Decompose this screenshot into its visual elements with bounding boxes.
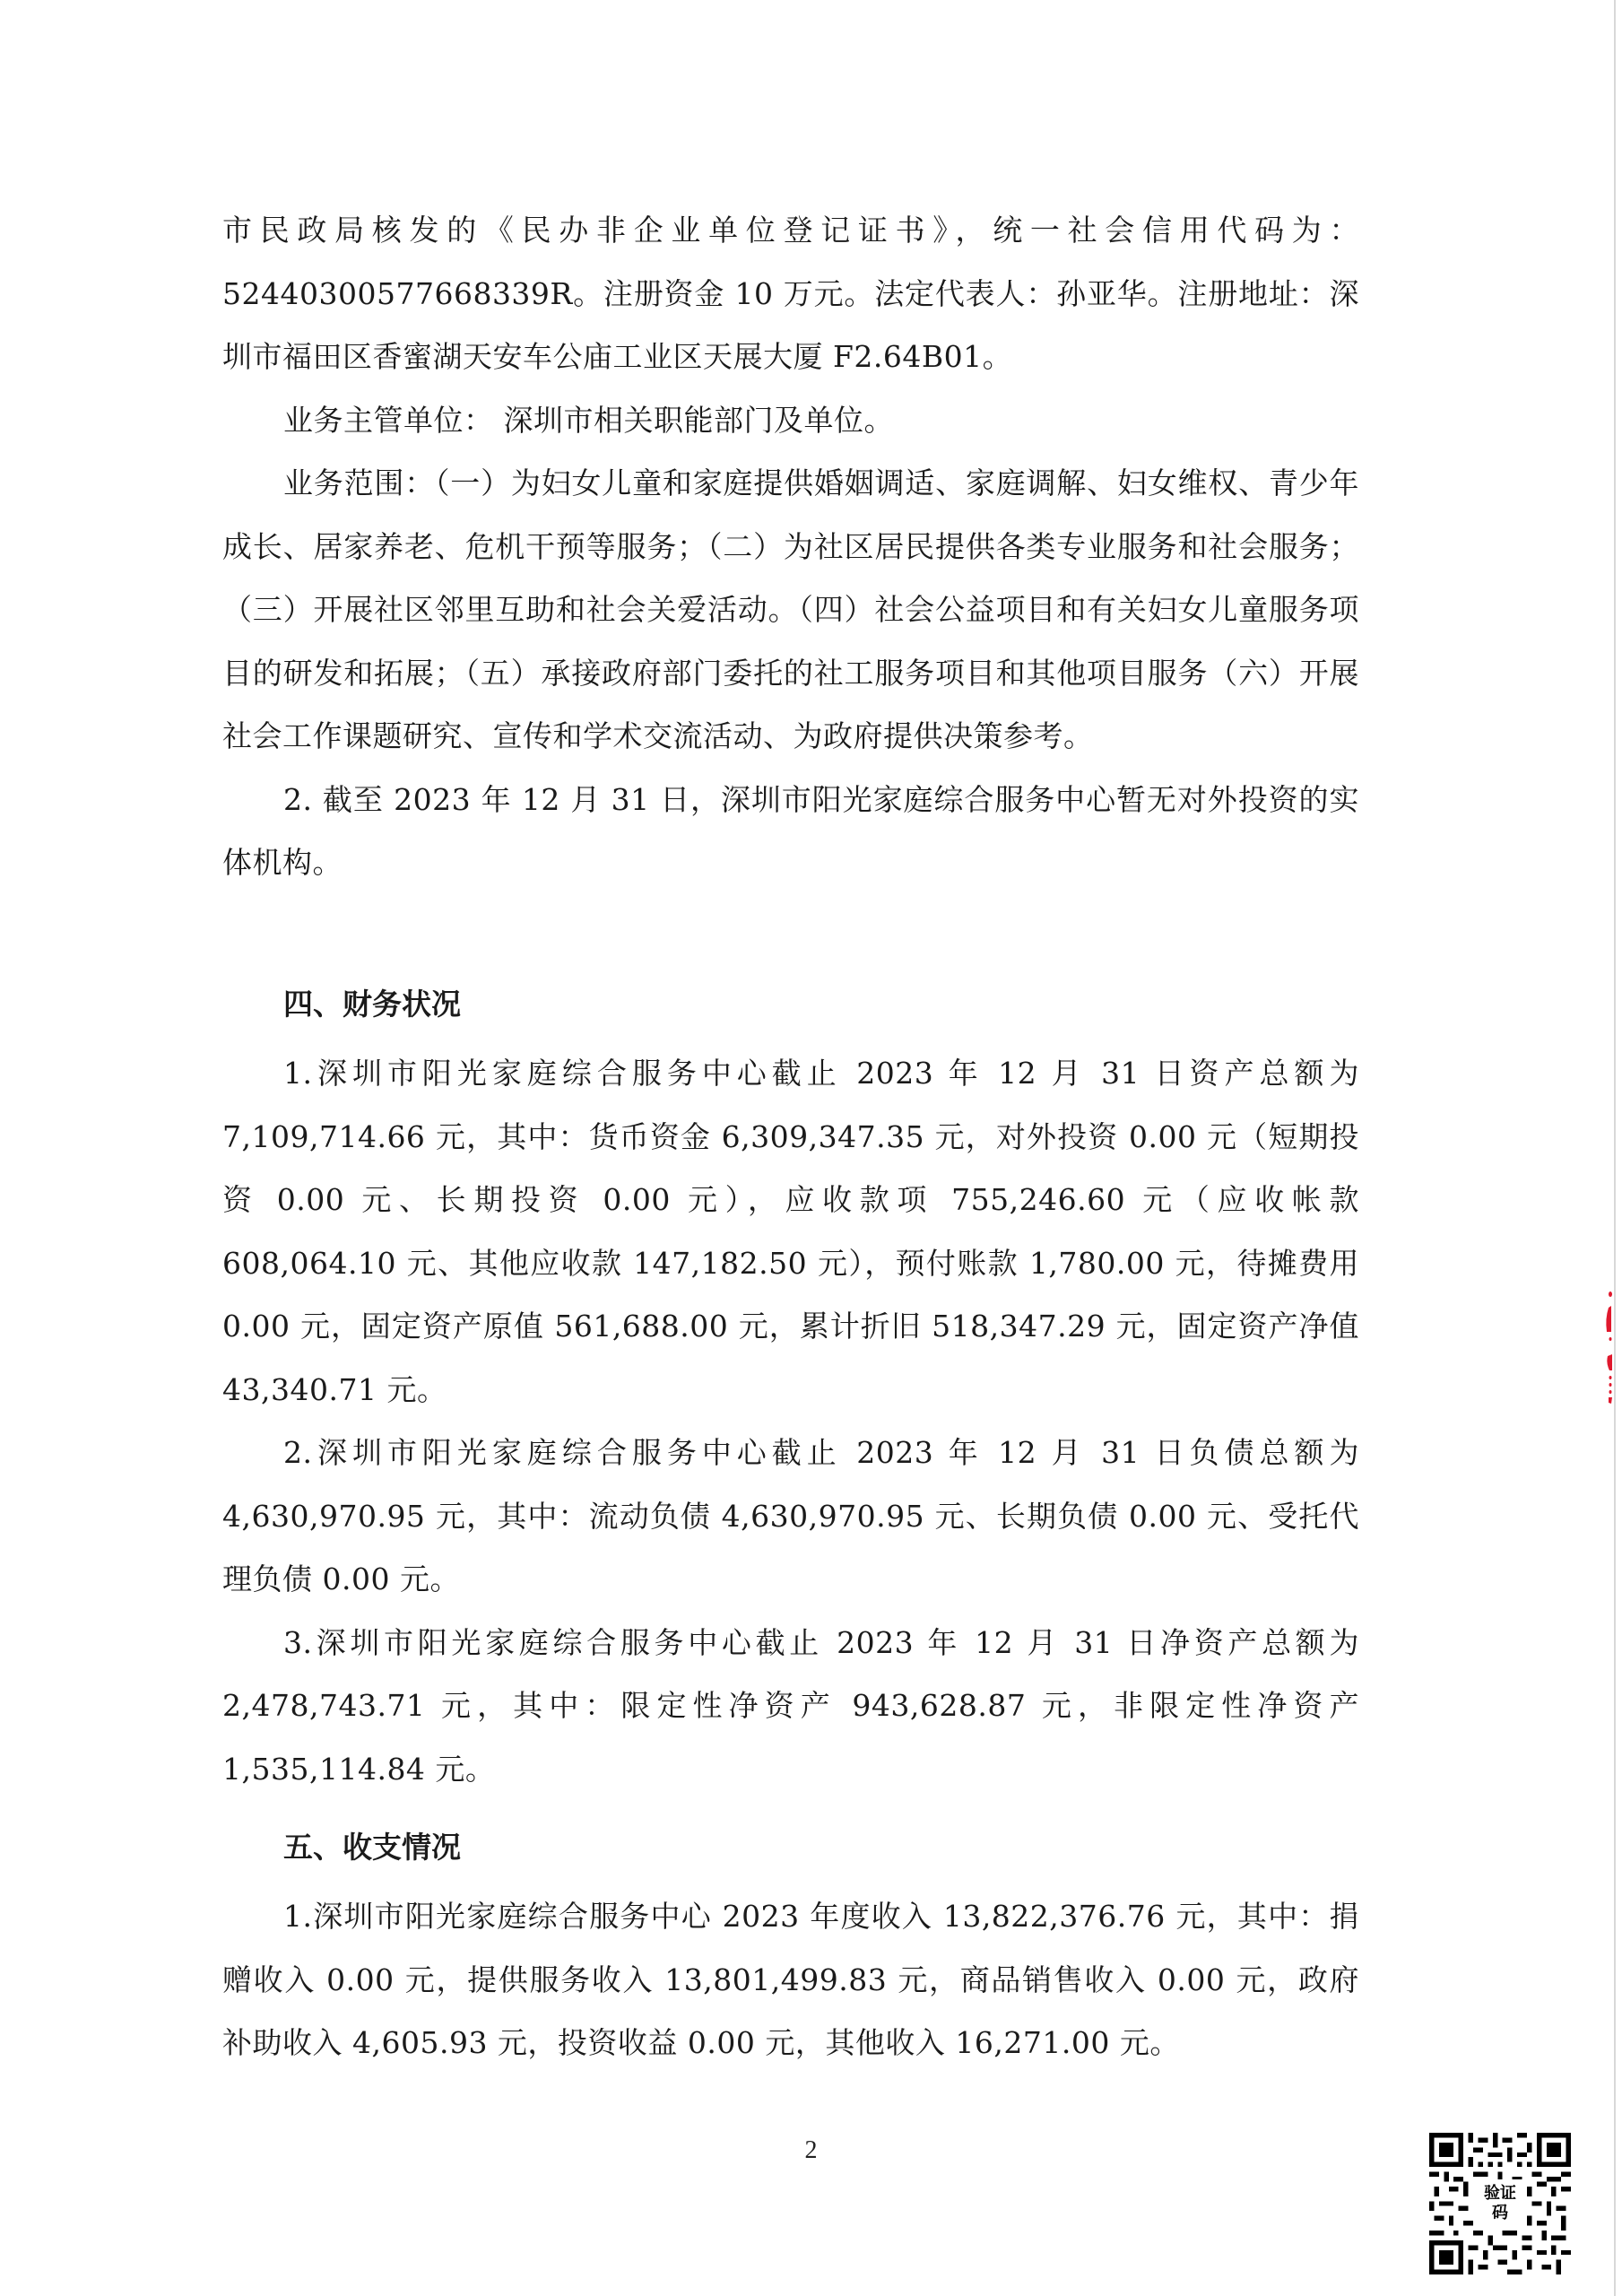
financial-status-section: 四、财务状况 1.深圳市阳光家庭综合服务中心截止 2023 年 12 月 31 … — [222, 967, 1359, 1801]
net-assets-paragraph: 3.深圳市阳光家庭综合服务中心截止 2023 年 12 月 31 日净资产总额为… — [222, 1612, 1359, 1802]
liabilities-paragraph: 2.深圳市阳光家庭综合服务中心截止 2023 年 12 月 31 日负债总额为 … — [222, 1422, 1359, 1612]
verification-qr-code[interactable]: 验证码 — [1429, 2133, 1571, 2274]
assets-paragraph: 1.深圳市阳光家庭综合服务中心截止 2023 年 12 月 31 日资产总额为 … — [222, 1042, 1359, 1422]
section-heading-income-expense: 五、收支情况 — [222, 1810, 1359, 1885]
intro-block: 市民政局核发的《民办非企业单位登记证书》，统一社会信用代码为：524403005… — [222, 199, 1359, 895]
income-paragraph: 1.深圳市阳光家庭综合服务中心 2023 年度收入 13,822,376.76 … — [222, 1885, 1359, 2075]
document-page: 市民政局核发的《民办非企业单位登记证书》，统一社会信用代码为：524403005… — [0, 0, 1622, 2296]
page-edge-divider — [1614, 0, 1616, 2296]
registration-paragraph: 市民政局核发的《民办非企业单位登记证书》，统一社会信用代码为：524403005… — [222, 199, 1359, 389]
seal-fragment-icon — [1601, 1291, 1614, 1404]
qr-center-label: 验证码 — [1476, 2179, 1524, 2228]
section-heading-financial-status: 四、财务状况 — [222, 967, 1359, 1042]
business-scope-paragraph: 业务范围：（一）为妇女儿童和家庭提供婚姻调适、家庭调解、妇女维权、青少年成长、居… — [222, 452, 1359, 769]
page-number: 2 — [0, 2136, 1622, 2165]
income-expense-section: 五、收支情况 1.深圳市阳光家庭综合服务中心 2023 年度收入 13,822,… — [222, 1810, 1359, 2075]
investment-paragraph: 2. 截至 2023 年 12 月 31 日，深圳市阳光家庭综合服务中心暂无对外… — [222, 769, 1359, 895]
supervisor-paragraph: 业务主管单位： 深圳市相关职能部门及单位。 — [222, 389, 1359, 453]
